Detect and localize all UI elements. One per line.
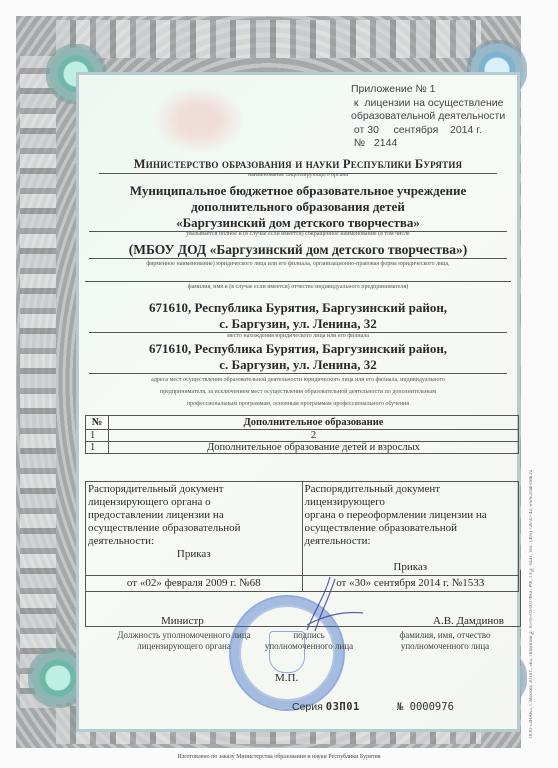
organization-full-name: Муниципальное бюджетное образовательное …	[89, 183, 507, 232]
table-header-row: № Дополнительное образование	[86, 416, 519, 430]
blank-number: № 0000976	[397, 701, 454, 713]
appendix-line: к лицензии на осуществление	[351, 97, 505, 111]
caption-authority: наименование лицензирующего органа	[89, 172, 507, 180]
caption-signature: подпись уполномоченного лица	[249, 630, 369, 652]
blank-series: Серия 03П01	[292, 701, 360, 713]
caption-line: лицензирующего органа	[137, 641, 231, 651]
organization-short-name: (МБОУ ДОД «Баргузинский дом детского тво…	[89, 242, 507, 259]
caption-line: подпись	[293, 630, 324, 640]
row-value: 2	[109, 430, 519, 442]
caption-position: Должность уполномоченного лица лицензиру…	[109, 630, 259, 652]
doc-text: органа о переоформлении лицензии на	[305, 509, 517, 522]
table-row: 1 2	[86, 430, 519, 442]
caption-full-name: указывается полное и (в случае если имее…	[89, 231, 507, 239]
printer-imprint: ООО «ЗНАК», г. Москва, 2014 г., «Б», Лиц…	[529, 470, 534, 738]
caption-short-name: фирменное наименование) юридического лиц…	[89, 261, 507, 269]
caption-entrepreneur: фамилия, имя и (в случае если имеется) о…	[89, 284, 507, 292]
table-row: 1 Дополнительное образование детей и взр…	[86, 442, 519, 454]
doc-text: лицензирующего органа о	[88, 496, 300, 509]
caption-line: Должность уполномоченного лица	[117, 630, 250, 640]
row-number: 1	[86, 442, 109, 454]
series-label: Серия	[292, 701, 323, 713]
issue-order-cell: Распорядительный документ лицензирующего…	[86, 482, 303, 576]
row-value: Дополнительное образование детей и взрос…	[109, 442, 519, 454]
appendix-line: образовательной деятельности	[351, 110, 505, 124]
reissue-order-cell: Распорядительный документ лицензирующего…	[302, 482, 519, 576]
border-ornament-left	[20, 56, 56, 708]
seal-placeholder: М.П.	[275, 672, 298, 684]
caption-location: место нахождения юридического лица или е…	[89, 333, 507, 341]
appendix-number: № 2144	[351, 137, 505, 151]
doc-text: предоставлении лицензии на	[88, 509, 300, 522]
row-number: 1	[86, 430, 109, 442]
doc-text: деятельности:	[305, 535, 517, 548]
border-ornament-top	[56, 20, 481, 58]
appendix-header: Приложение № 1 к лицензии на осуществлен…	[351, 83, 505, 151]
series-value: 03П01	[326, 701, 360, 713]
document-body: Приложение № 1 к лицензии на осуществлен…	[76, 72, 520, 732]
doc-type: Приказ	[88, 548, 300, 561]
org-line: «Баргузинский дом детского творчества»	[89, 215, 507, 232]
caption-line: уполномоченного лица	[401, 641, 489, 651]
address-line: 671610, Республика Бурятия, Баргузинский…	[89, 300, 507, 316]
appendix-title: Приложение № 1	[351, 83, 505, 97]
caption-line: профессиональным программам, основным пр…	[99, 398, 497, 410]
header-title: Дополнительное образование	[109, 416, 519, 430]
doc-text: осуществление образовательной	[88, 522, 300, 535]
empty-field-line	[85, 281, 511, 282]
caption-name: фамилия, имя, отчество уполномоченного л…	[375, 630, 515, 652]
activity-address: 671610, Республика Бурятия, Баргузинский…	[89, 341, 507, 374]
handwritten-signature-icon	[285, 575, 365, 635]
address-line: с. Баргузин, ул. Ленина, 32	[89, 316, 507, 333]
address-line: с. Баргузин, ул. Ленина, 32	[89, 357, 507, 374]
caption-line: уполномоченного лица	[265, 641, 353, 651]
org-line: Муниципальное бюджетное образовательное …	[89, 183, 507, 199]
appendix-date: от 30 сентября 2014 г.	[351, 124, 505, 138]
doc-text: деятельности:	[88, 535, 300, 548]
doc-text: осуществление образовательной	[305, 522, 517, 535]
caption-activity-address: адреса мест осуществления образовательно…	[99, 374, 497, 410]
address-line: 671610, Республика Бурятия, Баргузинский…	[89, 341, 507, 357]
caption-line: фамилия, имя, отчество	[399, 630, 490, 640]
caption-line: адреса мест осуществления образовательно…	[99, 374, 497, 386]
decorative-border: Приложение № 1 к лицензии на осуществлен…	[16, 16, 521, 748]
doc-text: Распорядительный документ	[88, 483, 300, 496]
header-number: №	[86, 416, 109, 430]
legal-address: 671610, Республика Бурятия, Баргузинский…	[89, 300, 507, 333]
official-name: А.В. Дамдинов	[433, 615, 504, 627]
caption-line: предпринимателя, за исключением мест осу…	[99, 386, 497, 398]
doc-text: Распорядительный документ лицензирующего	[305, 483, 517, 509]
education-table: № Дополнительное образование 1 2 1 Допол…	[85, 415, 519, 454]
org-line: дополнительного образования детей	[89, 199, 507, 215]
official-position: Министр	[161, 615, 204, 627]
footer-imprint: Изготовлено по заказу Министерства образ…	[0, 754, 558, 760]
